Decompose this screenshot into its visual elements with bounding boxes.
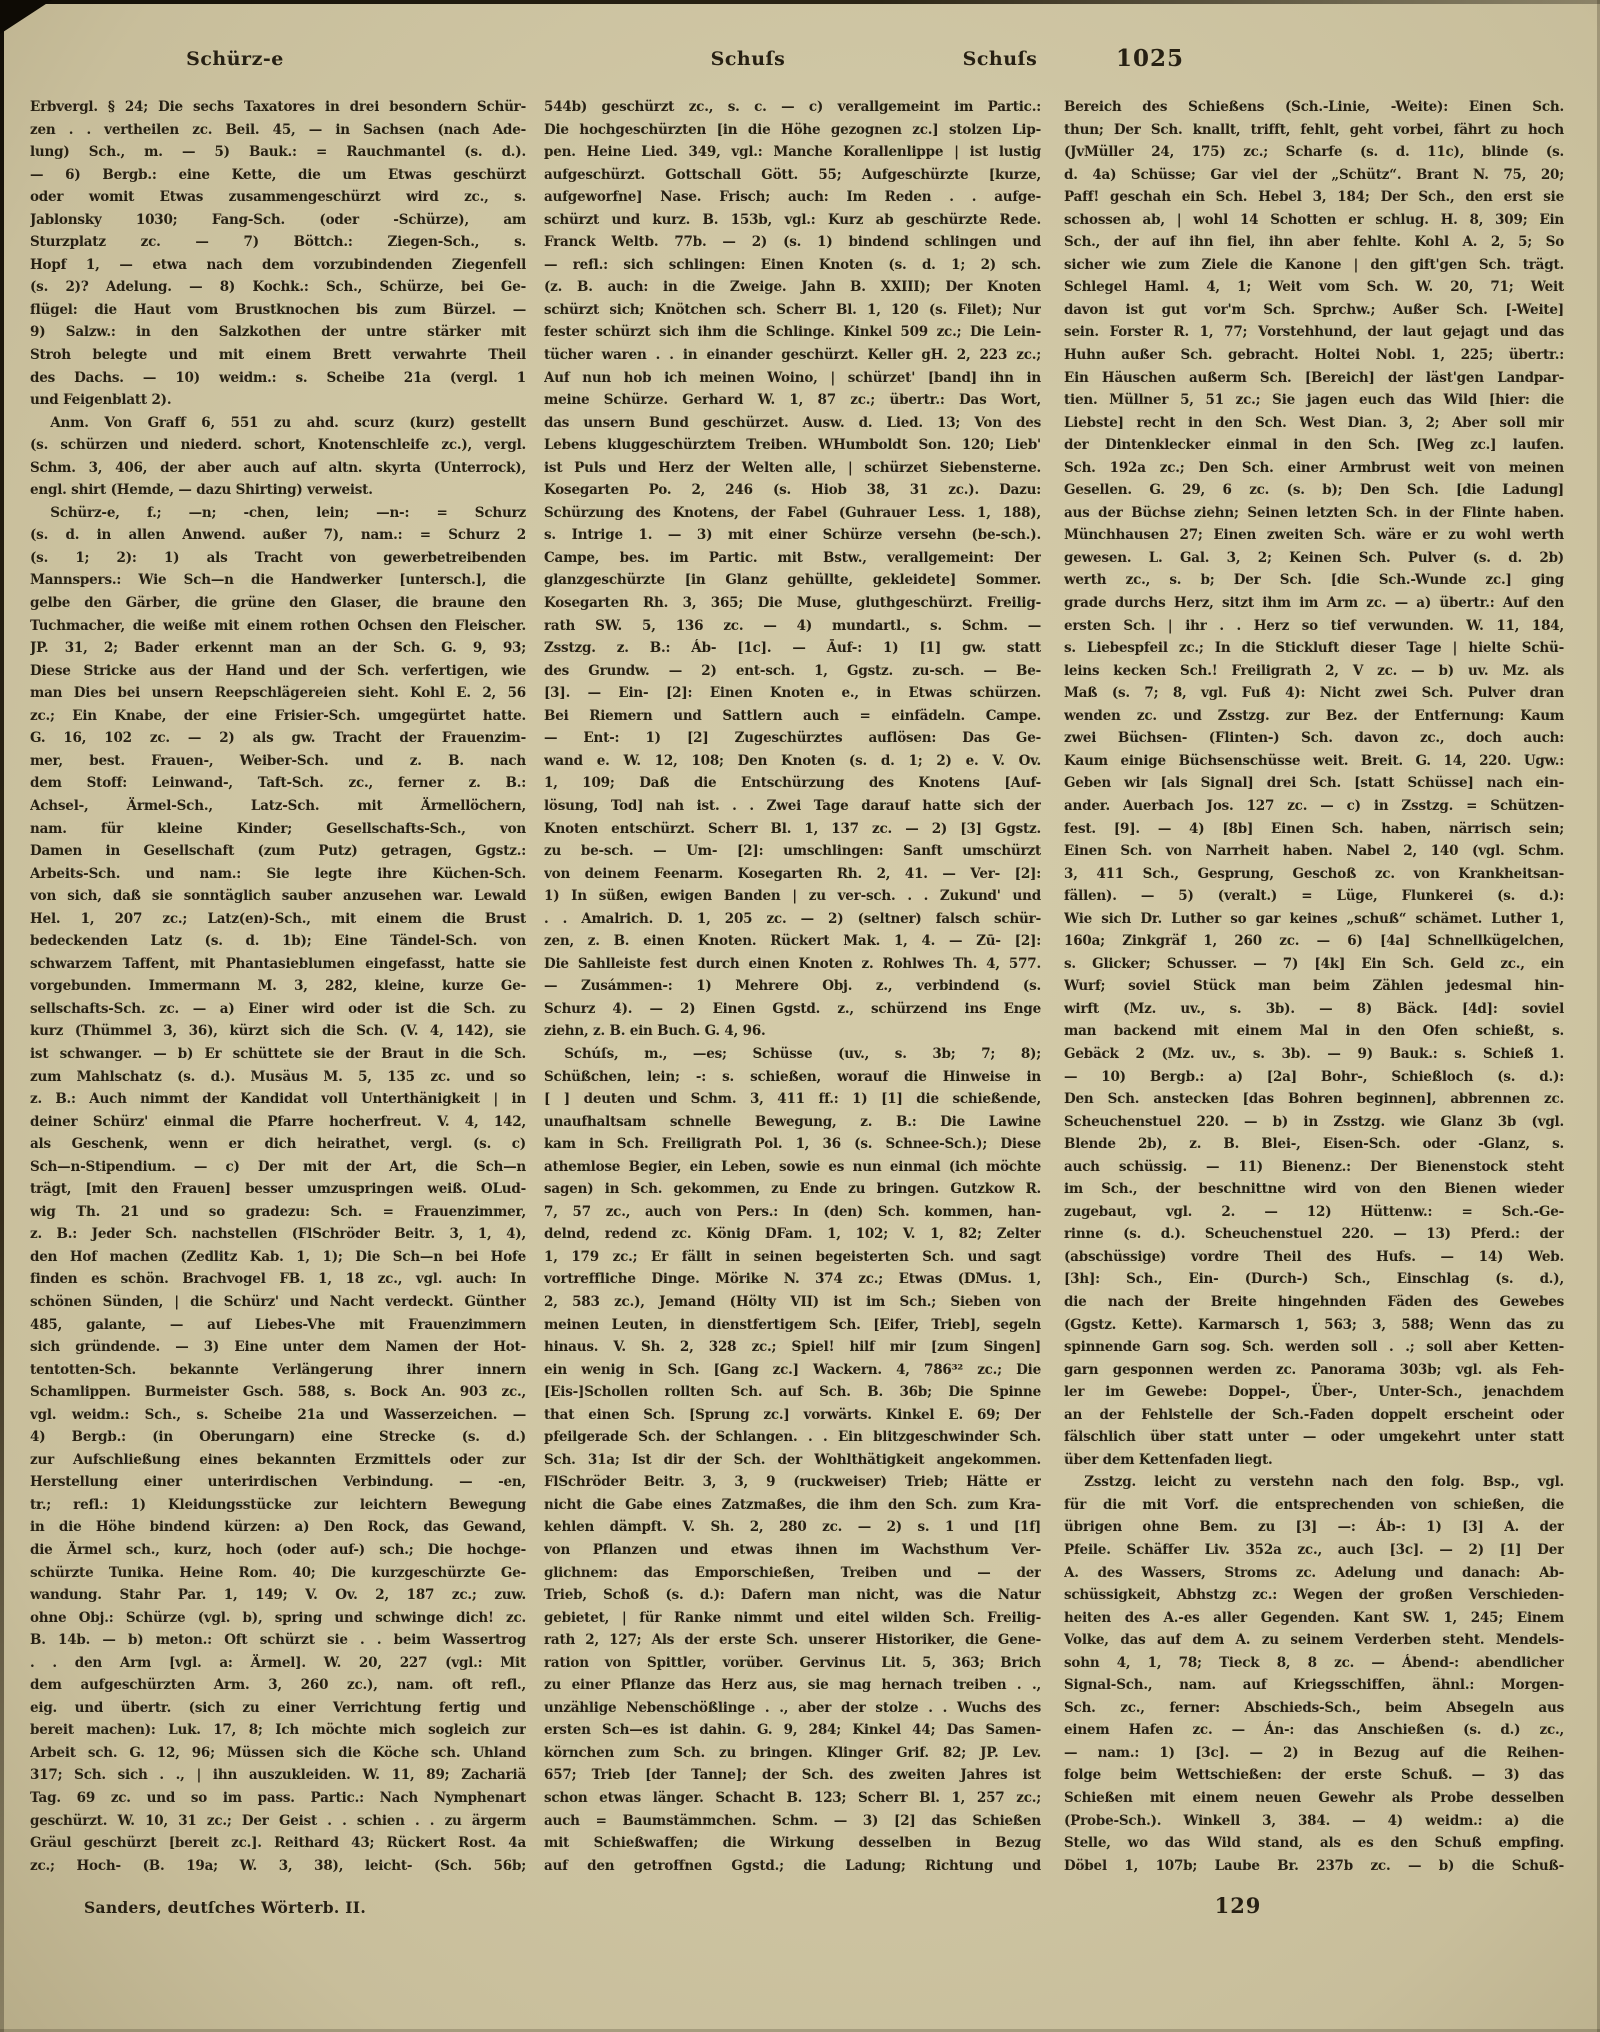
text-line: nam. für kleine Kinder; Gesellschafts-Sc… <box>30 818 526 841</box>
text-line: ziehn, z. B. ein Buch. G. 4, 96. <box>544 1020 1041 1043</box>
text-line: s. Intrige 1. — 3) mit einer Schürze ver… <box>544 524 1041 547</box>
text-line: von Pflanzen und etwas ihnen im Wachsthu… <box>544 1539 1041 1562</box>
text-line: JP. 31, 2; Bader erkennt man an der Sch.… <box>30 637 526 660</box>
text-line: wig Th. 21 und so gradezu: Sch. = Frauen… <box>30 1201 526 1224</box>
text-line: grade durchs Herz, sitzt ihm im Arm zc. … <box>1064 592 1564 615</box>
text-line: Gräul geschürzt [bereit zc.]. Reithard 4… <box>30 1832 526 1855</box>
text-line: Bereich des Schießens (Sch.-Linie, -Weit… <box>1064 96 1564 119</box>
text-line: . . den Arm [vgl. a: Ärmel]. W. 20, 227 … <box>30 1652 526 1675</box>
text-line: Hel. 1, 207 zc.; Latz(en)-Sch., mit eine… <box>30 908 526 931</box>
text-line: schon etwas länger. Schacht B. 123; Sche… <box>544 1787 1041 1810</box>
text-line: Sch. zc., ferner: Abschieds-Sch., beim A… <box>1064 1697 1564 1720</box>
text-line: Schürzung des Knotens, der Fabel (Guhrau… <box>544 502 1041 525</box>
text-line: Zsstzg. leicht zu verstehn nach den folg… <box>1064 1471 1564 1494</box>
text-line: kehlen dämpft. V. Sh. 2, 280 zc. — 2) s.… <box>544 1516 1041 1539</box>
text-line: Hopf 1, — etwa nach dem vorzubindenden Z… <box>30 254 526 277</box>
text-line: meinen Leuten, in dienstfertigem Sch. [E… <box>544 1314 1041 1337</box>
text-line: Döbel 1, 107b; Laube Br. 237b zc. — b) d… <box>1064 1855 1564 1878</box>
text-line: that einen Sch. [Sprung zc.] vorwärts. K… <box>544 1404 1041 1427</box>
text-line: fester schürzt sich ihm die Schlinge. Ki… <box>544 321 1041 344</box>
text-line: sich gründende. — 3) Eine unter dem Name… <box>30 1336 526 1359</box>
text-line: Den Sch. anstecken [das Bohren beginnen]… <box>1064 1088 1564 1111</box>
text-line: Trieb, Schoß (s. d.): Dafern man nicht, … <box>544 1584 1041 1607</box>
text-line: nicht die Gabe eines Zatzmaßes, die ihm … <box>544 1494 1041 1517</box>
text-line: schürzt und kurz. B. 153b, vgl.: Kurz ab… <box>544 209 1041 232</box>
text-line: (JvMüller 24, 175) zc.; Scharfe (s. d. 1… <box>1064 141 1564 164</box>
text-line: delnd, redend zc. König DFam. 1, 102; V.… <box>544 1223 1041 1246</box>
text-line: Lebens kluggeschürztem Treiben. WHumbold… <box>544 434 1041 457</box>
text-line: Einen Sch. von Narrheit haben. Nabel 2, … <box>1064 840 1564 863</box>
text-line: thun; Der Sch. knallt, trifft, fehlt, ge… <box>1064 119 1564 142</box>
text-line: Anm. Von Graff 6, 551 zu ahd. scurz (kur… <box>30 412 526 435</box>
text-line: pen. Heine Lied. 349, vgl.: Manche Koral… <box>544 141 1041 164</box>
text-line: trägt, [mit den Frauen] besser umzusprin… <box>30 1178 526 1201</box>
text-line: Signal-Sch., nam. auf Kriegsschiffen, äh… <box>1064 1674 1564 1697</box>
text-line: mit Schießwaffen; die Wirkung desselben … <box>544 1832 1041 1855</box>
scan-edge-left <box>0 0 4 2032</box>
text-line: sohn 4, 1, 78; Tieck 8, 8 zc. — Ábend-: … <box>1064 1652 1564 1675</box>
text-line: bereit machen): Luk. 17, 8; Ich möchte m… <box>30 1719 526 1742</box>
text-line: an der Fehlstelle der Sch.-Faden doppelt… <box>1064 1404 1564 1427</box>
text-line: Sch. 31a; Ist dir der Sch. der Wohlthäti… <box>544 1449 1041 1472</box>
text-line: fest. [9]. — 4) [8b] Einen Sch. haben, n… <box>1064 818 1564 841</box>
text-line: schwarzem Taffent, mit Phantasieblumen e… <box>30 953 526 976</box>
text-line: schüssigkeit, Abhstzg zc.: Wegen der gro… <box>1064 1584 1564 1607</box>
text-line: 1, 109; Daß die Entschürzung des Knotens… <box>544 772 1041 795</box>
text-line: Scheuchenstuel 220. — b) in Zsstzg. wie … <box>1064 1111 1564 1134</box>
text-line: [3]. — Ein- [2]: Einen Knoten e., in Etw… <box>544 682 1041 705</box>
text-line: 160a; Zinkgräf 1, 260 zc. — 6) [4a] Schn… <box>1064 930 1564 953</box>
text-line: Mannspers.: Wie Sch—n die Handwerker [un… <box>30 569 526 592</box>
text-line: Münchhausen 27; Einen zweiten Sch. wäre … <box>1064 524 1564 547</box>
text-line: werth zc., s. b; Der Sch. [die Sch.-Wund… <box>1064 569 1564 592</box>
text-line: aufgeworfne] Nase. Frisch; auch: Im Rede… <box>544 186 1041 209</box>
text-line: oder womit Etwas zusammengeschürzt wird … <box>30 186 526 209</box>
text-line: garn gesponnen werden zc. Panorama 303b;… <box>1064 1359 1564 1382</box>
text-line: [3h]: Sch., Ein- (Durch-) Sch., Einschla… <box>1064 1268 1564 1291</box>
text-line: über dem Kettenfaden liegt. <box>1064 1449 1564 1472</box>
text-line: dem Stoff: Leinwand-, Taft-Sch. zc., fer… <box>30 772 526 795</box>
text-line: Sch. 192a zc.; Den Sch. einer Armbrust w… <box>1064 457 1564 480</box>
text-line: des Grundw. — 2) ent-sch. 1, Ggstz. zu-s… <box>544 660 1041 683</box>
text-line: ration von Spittler, vorüber. Gervinus L… <box>544 1652 1041 1675</box>
text-line: rinne (s. d.). Scheuchenstuel 220. — 13)… <box>1064 1223 1564 1246</box>
text-line: Schüßchen, lein; -: s. schießen, worauf … <box>544 1066 1041 1089</box>
running-title-center: Schuſs <box>648 44 848 74</box>
text-line: (s. d. in allen Anwend. außer 7), nam.: … <box>30 524 526 547</box>
text-line: wand e. W. 12, 108; Den Knoten (s. d. 1;… <box>544 750 1041 773</box>
text-line: Huhn außer Sch. gebracht. Holtei Nobl. 1… <box>1064 344 1564 367</box>
text-line: flügel: die Haut vom Brustknochen bis zu… <box>30 299 526 322</box>
series-imprint: Sanders, deutſches Wörterb. II. <box>84 1898 366 1917</box>
text-line: einem Hafen zc. — Án-: das Anschießen (s… <box>1064 1719 1564 1742</box>
text-line: Schießen mit einem neuen Gewehr als Prob… <box>1064 1787 1564 1810</box>
text-line: auch schüssig. — 11) Bienenz.: Der Biene… <box>1064 1156 1564 1179</box>
text-line: als Geschenk, wenn er dich heirathet, ve… <box>30 1133 526 1156</box>
text-line: auch = Baumstämmchen. Schm. — 3) [2] das… <box>544 1810 1041 1833</box>
text-line: und Feigenblatt 2). <box>30 389 526 412</box>
text-line: ander. Auerbach Jos. 127 zc. — c) in Zss… <box>1064 795 1564 818</box>
text-line: folge beim Wettschießen: der erste Schuß… <box>1064 1764 1564 1787</box>
text-line: gelbe den Gärber, die grüne den Glaser, … <box>30 592 526 615</box>
text-line: 485, galante, — auf Liebes-Vhe mit Fraue… <box>30 1314 526 1337</box>
text-line: in die Höhe bindend kürzen: a) Den Rock,… <box>30 1516 526 1539</box>
text-line: [ ] deuten und Schm. 3, 411 ff.: 1) [1] … <box>544 1088 1041 1111</box>
text-line: vorgebunden. Immermann M. 3, 282, kleine… <box>30 975 526 998</box>
text-line: Herstellung einer unterirdischen Verbind… <box>30 1471 526 1494</box>
text-line: Gebäck 2 (Mz. uv., s. 3b). — 9) Bauk.: s… <box>1064 1043 1564 1066</box>
text-line: G. 16, 102 zc. — 2) als gw. Tracht der F… <box>30 727 526 750</box>
text-line: Schúſs, m., —es; Schüsse (uv., s. 3b; 7;… <box>544 1043 1041 1066</box>
scan-corner-artifact <box>0 0 52 34</box>
text-line: Liebste] recht in den Sch. West Dian. 3,… <box>1064 412 1564 435</box>
text-line: von deinem Feenarm. Kosegarten Rh. 2, 41… <box>544 863 1041 886</box>
text-line: Schlegel Haml. 4, 1; Weit vom Sch. W. 20… <box>1064 276 1564 299</box>
text-line: den Hof machen (Zedlitz Kab. 1, 1); Die … <box>30 1246 526 1269</box>
text-line: FlSchröder Beitr. 3, 3, 9 (ruckweiser) T… <box>544 1471 1041 1494</box>
text-line: Achsel-, Ärmel-Sch., Latz-Sch. mit Ärmel… <box>30 795 526 818</box>
text-line: kurz (Thümmel 3, 36), kürzt sich die Sch… <box>30 1020 526 1043</box>
text-line: schürzte Tunika. Heine Rom. 40; Die kurz… <box>30 1562 526 1585</box>
text-line: Arbeit sch. G. 12, 96; Müssen sich die K… <box>30 1742 526 1765</box>
text-line: zugebaut, vgl. 2. — 12) Hüttenw.: = Sch.… <box>1064 1201 1564 1224</box>
text-line: gewesen. L. Gal. 3, 2; Keinen Sch. Pulve… <box>1064 547 1564 570</box>
text-line: des Dachs. — 10) weidm.: s. Scheibe 21a … <box>30 367 526 390</box>
text-line: unzählige Nebenschößlinge . ., aber der … <box>544 1697 1041 1720</box>
text-line: fälschlich über statt unter — oder umgek… <box>1064 1426 1564 1449</box>
text-line: das unsern Bund geschürzet. Ausw. d. Lie… <box>544 412 1041 435</box>
text-line: Schurz 4). — 2) Einen Ggstd. z., schürze… <box>544 998 1041 1021</box>
text-line: 544b) geschürzt zc., s. c. — c) verallge… <box>544 96 1041 119</box>
text-line: sellschafts-Sch. zc. — a) Einer wird ode… <box>30 998 526 1021</box>
text-line: 317; Sch. sich . ., | ihn auszukleiden. … <box>30 1764 526 1787</box>
text-line: Zsstzg. z. B.: Áb- [1c]. — Āuf-: 1) [1] … <box>544 637 1041 660</box>
text-line: tien. Müllner 5, 51 zc.; Sie jagen euch … <box>1064 389 1564 412</box>
text-line: Stroh belegte und mit einem Brett verwah… <box>30 344 526 367</box>
text-line: zu be-sch. — Um- [2]: umschlingen: Sanft… <box>544 840 1041 863</box>
text-line: aus der Büchse ziehn; Seinen letzten Sch… <box>1064 502 1564 525</box>
text-line: 7, 57 zc., auch von Pers.: In (den) Sch.… <box>544 1201 1041 1224</box>
text-line: — 10) Bergb.: a) [2a] Bohr-, Schießloch … <box>1064 1066 1564 1089</box>
text-line: Kaum einige Büchsenschüsse weit. Breit. … <box>1064 750 1564 773</box>
text-line: engl. shirt (Hemde, — dazu Shirting) ver… <box>30 479 526 502</box>
text-line: Schamlippen. Burmeister Gsch. 588, s. Bo… <box>30 1381 526 1404</box>
text-line: wenden zc. und Zsstzg. zur Bez. der Entf… <box>1064 705 1564 728</box>
text-line: — nam.: 1) [3c]. — 2) in Bezug auf die R… <box>1064 1742 1564 1765</box>
text-line: heiten des A.-es aller Gegenden. Kant SW… <box>1064 1607 1564 1630</box>
text-line: von sich, daß sie sonntäglich sauber anz… <box>30 885 526 908</box>
text-line: gebietet, | für Ranke nimmt und eitel wi… <box>544 1607 1041 1630</box>
text-line: Schm. 3, 406, der aber auch auf altn. sk… <box>30 457 526 480</box>
text-line: Ein Häuschen außerm Sch. [Bereich] der l… <box>1064 367 1564 390</box>
text-line: Auf nun hob ich meinen Woino, | schürzet… <box>544 367 1041 390</box>
text-line: Diese Stricke aus der Hand und der Sch. … <box>30 660 526 683</box>
text-line: 9) Salzw.: in den Salzkothen der untre s… <box>30 321 526 344</box>
text-line: tr.; refl.: 1) Kleidungsstücke zur leich… <box>30 1494 526 1517</box>
text-line: ler im Gewebe: Doppel-, Über-, Unter-Sch… <box>1064 1381 1564 1404</box>
text-line: Geben wir [als Signal] drei Sch. [statt … <box>1064 772 1564 795</box>
text-column-1: Erbvergl. § 24; Die sechs Taxatores in d… <box>30 96 526 1877</box>
text-line: übrigen ohne Bem. zu [3] —: Áb-: 1) [3] … <box>1064 1516 1564 1539</box>
text-line: . . Amalrich. D. 1, 205 zc. — 2) (seltne… <box>544 908 1041 931</box>
text-line: (s. schürzen und niederd. schort, Knoten… <box>30 434 526 457</box>
text-line: s. Liebespfeil zc.; In die Stickluft die… <box>1064 637 1564 660</box>
text-line: Sch—n-Stipendium. — c) Der mit der Art, … <box>30 1156 526 1179</box>
text-line: 1) In süßen, ewigen Banden | zu ver-sch.… <box>544 885 1041 908</box>
text-column-3: Bereich des Schießens (Sch.-Linie, -Weit… <box>1064 96 1564 1877</box>
text-line: Sturzplatz zc. — 7) Böttch.: Ziegen-Sch.… <box>30 231 526 254</box>
text-line: zen . . vertheilen zc. Beil. 45, — in Sa… <box>30 119 526 142</box>
text-line: die nach der Breite hingehnden Fäden des… <box>1064 1291 1564 1314</box>
text-line: (s. 1; 2): 1) als Tracht von gewerbetrei… <box>30 547 526 570</box>
text-line: zc.; Ein Knabe, der eine Frisier-Sch. um… <box>30 705 526 728</box>
text-line: 1, 179 zc.; Er fällt in seinen begeister… <box>544 1246 1041 1269</box>
text-line: lösung, Tod] nah ist. . . Zwei Tage dara… <box>544 795 1041 818</box>
running-title-right: Schuſs <box>900 44 1100 74</box>
text-line: vgl. weidm.: Sch., s. Scheibe 21a und Wa… <box>30 1404 526 1427</box>
text-line: im Sch., der beschnittne wird von den Bi… <box>1064 1178 1564 1201</box>
text-line: sicher wie zum Ziele die Kanone | den gi… <box>1064 254 1564 277</box>
text-line: auf den getroffnen Ggstd.; die Ladung; R… <box>544 1855 1041 1878</box>
text-line: aufgeschürzt. Gottschall Gött. 55; Aufge… <box>544 164 1041 187</box>
text-line: (s. 2)? Adelung. — 8) Kochk.: Sch., Schü… <box>30 276 526 299</box>
text-line: rath 2, 127; Als der erste Sch. unserer … <box>544 1629 1041 1652</box>
text-line: für die mit Vorf. die entsprechenden von… <box>1064 1494 1564 1517</box>
text-line: davon ist gut vor'm Sch. Sprchw.; Außer … <box>1064 299 1564 322</box>
text-line: zum Mahlschatz (s. d.). Musäus M. 5, 135… <box>30 1066 526 1089</box>
text-line: 4) Bergb.: (in Oberungarn) eine Strecke … <box>30 1426 526 1449</box>
text-line: Sch., der auf ihn fiel, ihn aber fehlte.… <box>1064 231 1564 254</box>
text-line: (Ggstz. Kette). Karmarsch 1, 563; 3, 588… <box>1064 1314 1564 1337</box>
text-line: Kosegarten Po. 2, 246 (s. Hiob 38, 31 zc… <box>544 479 1041 502</box>
text-line: unaufhaltsam schnelle Bewegung, z. B.: D… <box>544 1111 1041 1134</box>
text-line: Blende 2b), z. B. Blei-, Eisen-Sch. oder… <box>1064 1133 1564 1156</box>
text-line: Die hochgeschürzten [in die Höhe gezogne… <box>544 119 1041 142</box>
text-line: glichnem: das Emporschießen, Treiben und… <box>544 1562 1041 1585</box>
text-line: schönen Sünden, | die Schürz' und Nacht … <box>30 1291 526 1314</box>
text-line: glanzgeschürzte [in Glanz gehüllte, gekl… <box>544 569 1041 592</box>
text-line: — refl.: sich schlingen: Einen Knoten (s… <box>544 254 1041 277</box>
text-line: z. B.: Jeder Sch. nachstellen (FlSchröde… <box>30 1223 526 1246</box>
text-line: Stelle, wo das Wild stand, als es den Sc… <box>1064 1832 1564 1855</box>
text-line: man backend mit einem Mal in den Ofen sc… <box>1064 1020 1564 1043</box>
text-column-2: 544b) geschürzt zc., s. c. — c) verallge… <box>544 96 1041 1877</box>
text-line: Campe, bes. im Partic. mit Bstw., verall… <box>544 547 1041 570</box>
text-line: die Ärmel sch., kurz, hoch (oder auf-) s… <box>30 1539 526 1562</box>
text-line: zen, z. B. einen Knoten. Rückert Mak. 1,… <box>544 930 1041 953</box>
text-line: körnchen zum Sch. zu bringen. Klinger Gr… <box>544 1742 1041 1765</box>
text-line: — Ent-: 1) [2] Zugeschürztes auflösen: D… <box>544 727 1041 750</box>
text-line: Tag. 69 zc. und so im pass. Partic.: Nac… <box>30 1787 526 1810</box>
text-line: d. 4a) Schüsse; Gar viel der „Schütz“. B… <box>1064 164 1564 187</box>
text-line: Tuchmacher, die weiße mit einem rothen O… <box>30 615 526 638</box>
text-line: Damen in Gesellschaft (zum Putz) getrage… <box>30 840 526 863</box>
text-line: Kosegarten Rh. 3, 365; Die Muse, gluthge… <box>544 592 1041 615</box>
text-line: hinaus. V. Sh. 2, 328 zc.; Spiel! hilf m… <box>544 1336 1041 1359</box>
text-line: vortreffliche Dinge. Mörike N. 374 zc.; … <box>544 1268 1041 1291</box>
text-line: pfeilgerade Sch. der Schlangen. . . Ein … <box>544 1426 1041 1449</box>
text-line: Bei Riemern und Sattlern auch = einfädel… <box>544 705 1041 728</box>
text-line: ersten Sch—es ist dahin. G. 9, 284; Kink… <box>544 1719 1041 1742</box>
text-line: eig. und übertr. (sich zu einer Verricht… <box>30 1697 526 1720</box>
text-line: wirft (Mz. uv., s. 3b). — 8) Bäck. [4d]:… <box>1064 998 1564 1021</box>
text-line: z. B.: Auch nimmt der Kandidat voll Unte… <box>30 1088 526 1111</box>
text-line: B. 14b. — b) meton.: Oft schürzt sie . .… <box>30 1629 526 1652</box>
text-line: Pfeile. Schäffer Liv. 352a zc., auch [3c… <box>1064 1539 1564 1562</box>
text-line: ohne Obj.: Schürze (vgl. b), spring und … <box>30 1607 526 1630</box>
text-line: Die Sahlleiste fest durch einen Knoten z… <box>544 953 1041 976</box>
text-line: finden es schön. Brachvogel FB. 1, 18 zc… <box>30 1268 526 1291</box>
sheet-signature-number: 129 <box>1198 1893 1278 1918</box>
text-line: leins kecken Sch.! Freiligrath 2, V zc. … <box>1064 660 1564 683</box>
text-line: bedeckenden Latz (s. d. 1b); Eine Tändel… <box>30 930 526 953</box>
text-line: tentotten-Sch. bekannte Verlängerung ihr… <box>30 1359 526 1382</box>
text-line: rath SW. 5, 136 zc. — 4) mundartl., s. S… <box>544 615 1041 638</box>
text-line: zwei Büchsen- (Flinten-) Sch. davon zc.,… <box>1064 727 1564 750</box>
text-line: Franck Weltb. 77b. — 2) (s. 1) bindend s… <box>544 231 1041 254</box>
text-line: athemlose Begier, ein Leben, sowie es nu… <box>544 1156 1041 1179</box>
text-line: man Dies bei unsern Reepschlägereien sie… <box>30 682 526 705</box>
text-line: Maß (s. 7; 8, vgl. Fuß 4): Nicht zwei Sc… <box>1064 682 1564 705</box>
text-line: schossen ab, | wohl 14 Schotten er schlu… <box>1064 209 1564 232</box>
text-line: ist schwanger. — b) Er schüttete sie der… <box>30 1043 526 1066</box>
text-line: dem aufgeschürzten Arm. 3, 260 zc.), nam… <box>30 1674 526 1697</box>
text-line: wandung. Stahr Par. 1, 149; V. Ov. 2, 18… <box>30 1584 526 1607</box>
text-line: fällen). — 5) (veralt.) = Lüge, Flunkere… <box>1064 885 1564 908</box>
text-line: Paff! geschah ein Sch. Hebel 3, 184; Der… <box>1064 186 1564 209</box>
text-line: sagen) in Sch. gekommen, zu Ende zu brin… <box>544 1178 1041 1201</box>
text-line: Schürz-e, f.; —n; -chen, lein; —n-: = Sc… <box>30 502 526 525</box>
text-line: 657; Trieb [der Tanne]; der Sch. des zwe… <box>544 1764 1041 1787</box>
text-line: 3, 411 Sch., Gesprung, Geschoß zc. von K… <box>1064 863 1564 886</box>
scanned-dictionary-page: Schürz-e Schuſs Schuſs 1025 Erbvergl. § … <box>0 0 1600 2032</box>
text-line: ersten Sch. | ihr . . Herz so tief verwu… <box>1064 615 1564 638</box>
text-line: — Zusámmen-: 1) Mehrere Obj. z., verbind… <box>544 975 1041 998</box>
page-number: 1025 <box>1090 44 1210 74</box>
text-line: Erbvergl. § 24; Die sechs Taxatores in d… <box>30 96 526 119</box>
text-line: (z. B. auch: in die Zweige. Jahn B. XXII… <box>544 276 1041 299</box>
text-line: Volke, das auf dem A. zu seinem Verderbe… <box>1064 1629 1564 1652</box>
text-line: zu einer Pflanze das Herz aus, sie mag h… <box>544 1674 1041 1697</box>
scan-edge-top <box>0 0 1600 4</box>
text-line: tücher waren . . in einander geschürzt. … <box>544 344 1041 367</box>
text-line: (abschüssige) vordre Theil des Hufs. — 1… <box>1064 1246 1564 1269</box>
text-line: A. des Wassers, Stroms zc. Adelung und d… <box>1064 1562 1564 1585</box>
text-line: der Dintenklecker einmal in den Sch. [We… <box>1064 434 1564 457</box>
text-line: Wurf; soviel Stück man beim Zählen jedes… <box>1064 975 1564 998</box>
text-line: kam in Sch. Freiligrath Pol. 1, 36 (s. S… <box>544 1133 1041 1156</box>
text-line: Knoten entschürzt. Scherr Bl. 1, 137 zc.… <box>544 818 1041 841</box>
text-line: 2, 583 zc.), Jemand (Hölty VII) ist im S… <box>544 1291 1041 1314</box>
text-line: Gesellen. G. 29, 6 zc. (s. b); Den Sch. … <box>1064 479 1564 502</box>
text-line: ist Puls und Herz der Welten alle, | sch… <box>544 457 1041 480</box>
text-line: schürzt sich; Knötchen sch. Scherr Bl. 1… <box>544 299 1041 322</box>
text-line: ein wenig in Sch. [Gang zc.] Wackern. 4,… <box>544 1359 1041 1382</box>
text-line: — 6) Bergb.: eine Kette, die um Etwas ge… <box>30 164 526 187</box>
text-line: zur Aufschließung eines bekannten Erzmit… <box>30 1449 526 1472</box>
text-line: s. Glicker; Schusser. — 7) [4k] Ein Sch.… <box>1064 953 1564 976</box>
text-line: [Eis-]Schollen rollten Sch. auf Sch. B. … <box>544 1381 1041 1404</box>
text-line: Jablonsky 1030; Fang-Sch. (oder -Schürze… <box>30 209 526 232</box>
running-title-left: Schürz-e <box>135 44 335 74</box>
text-line: sein. Forster R. 1, 77; Vorstehhund, der… <box>1064 321 1564 344</box>
text-line: deiner Schürz' einmal die Pfarre hocherf… <box>30 1111 526 1134</box>
text-line: mer, best. Frauen-, Weiber-Sch. und z. B… <box>30 750 526 773</box>
text-line: Arbeits-Sch. und nam.: Sie legte ihre Kü… <box>30 863 526 886</box>
text-line: meine Schürze. Gerhard W. 1, 87 zc.; übe… <box>544 389 1041 412</box>
text-line: lung) Sch., m. — 5) Bauk.: = Rauchmantel… <box>30 141 526 164</box>
text-line: zc.; Hoch- (B. 19a; W. 3, 38), leicht- (… <box>30 1855 526 1878</box>
text-line: Wie sich Dr. Luther so gar keines „schuß… <box>1064 908 1564 931</box>
text-line: (Probe-Sch.). Winkell 3, 384. — 4) weidm… <box>1064 1810 1564 1833</box>
text-line: geschürzt. W. 10, 31 zc.; Der Geist . . … <box>30 1810 526 1833</box>
text-line: spinnende Garn sog. Sch. werden soll . .… <box>1064 1336 1564 1359</box>
